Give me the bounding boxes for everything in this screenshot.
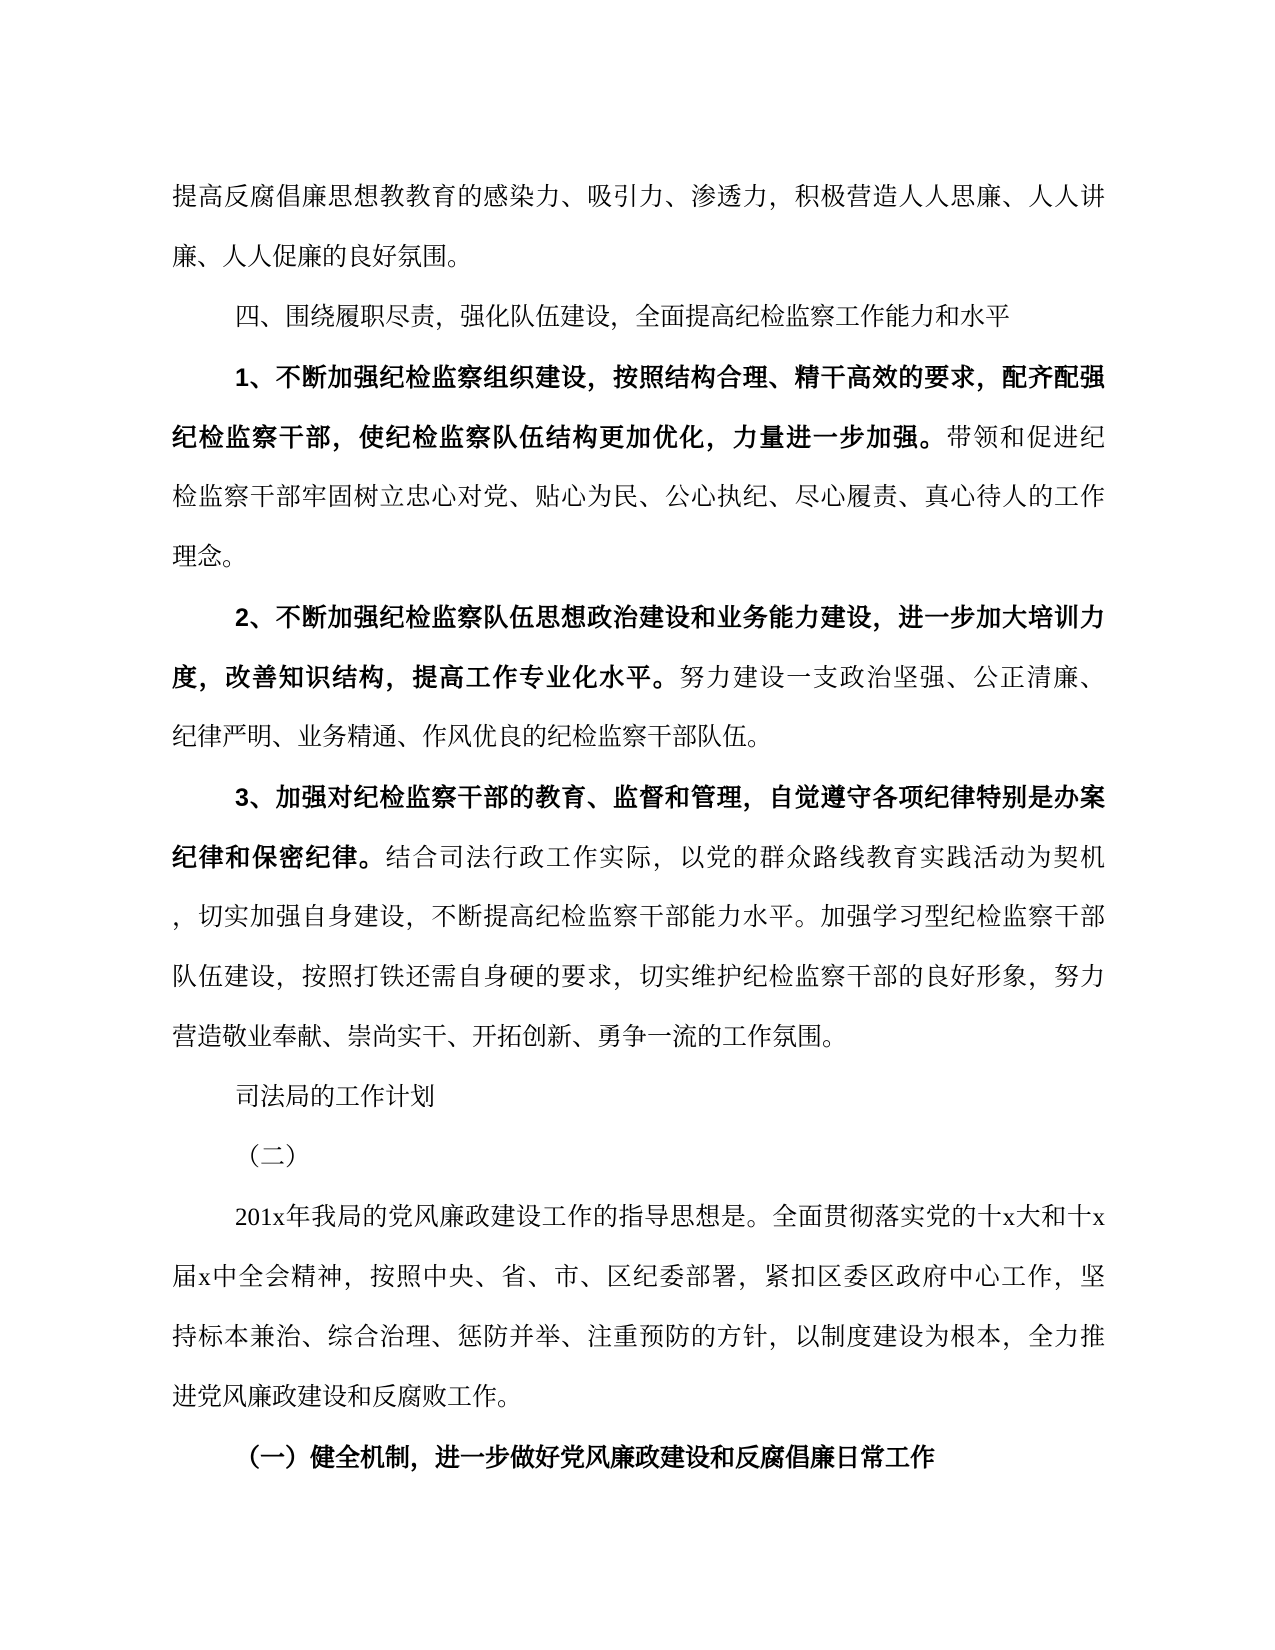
document-body: 提高反腐倡廉思想教教育的感染力、吸引力、渗透力，积极营造人人思廉、人人讲廉、人人… [0, 0, 1275, 1488]
bold-text-segment: 度，改善知识结构，提高工作专业化水平。 [172, 664, 679, 692]
text-segment: 营造敬业奉献、崇尚实干、开拓创新、勇争一流的工作氛围。 [172, 1024, 847, 1051]
text-line: 1、不断加强纪检监察组织建设，按照结构合理、精干高效的要求，配齐配强 [172, 348, 1105, 408]
text-segment: 四、围绕履职尽责，强化队伍建设，全面提高纪检监察工作能力和水平 [235, 304, 1010, 331]
text-segment: 持标本兼治、综合治理、惩防并举、注重预防的方针，以制度建设为根本，全力推 [172, 1324, 1105, 1351]
text-line: 司法局的工作计划 [172, 1068, 1105, 1128]
bold-text-segment: 1、不断加强纪检监察组织建设，按照结构合理、精干高效的要求，配齐配强 [235, 364, 1105, 392]
bold-text-segment: 3、加强对纪检监察干部的教育、监督和管理，自觉遵守各项纪律特别是办案 [235, 784, 1105, 812]
text-segment: 结合司法行政工作实际，以党的群众路线教育实践活动为契机 [386, 845, 1105, 872]
text-segment: ，切实加强自身建设，不断提高纪检监察干部能力水平。加强学习型纪检监察干部 [172, 904, 1105, 931]
bold-text-segment: 2、不断加强纪检监察队伍思想政治建设和业务能力建设，进一步加大培训力 [235, 604, 1105, 632]
text-segment: 努力建设一支政治坚强、公正清廉、 [679, 665, 1105, 692]
text-segment: 提高反腐倡廉思想教教育的感染力、吸引力、渗透力，积极营造人人思廉、人人讲 [172, 184, 1105, 211]
text-line: 廉、人人促廉的良好氛围。 [172, 228, 1105, 288]
text-line: 3、加强对纪检监察干部的教育、监督和管理，自觉遵守各项纪律特别是办案 [172, 768, 1105, 828]
text-segment: 带领和促进纪 [946, 425, 1105, 452]
text-segment: 理念。 [172, 544, 247, 571]
text-line: 纪律严明、业务精通、作风优良的纪检监察干部队伍。 [172, 708, 1105, 768]
text-line: 队伍建设，按照打铁还需自身硬的要求，切实维护纪检监察干部的良好形象，努力 [172, 948, 1105, 1008]
text-line: 进党风廉政建设和反腐败工作。 [172, 1368, 1105, 1428]
text-line: 届x中全会精神，按照中央、省、市、区纪委部署，紧扣区委区政府中心工作，坚 [172, 1248, 1105, 1308]
text-segment: 进党风廉政建设和反腐败工作。 [172, 1384, 522, 1411]
text-line: （一）健全机制，进一步做好党风廉政建设和反腐倡廉日常工作 [172, 1428, 1105, 1488]
text-line: 营造敬业奉献、崇尚实干、开拓创新、勇争一流的工作氛围。 [172, 1008, 1105, 1068]
text-segment: 检监察干部牢固树立忠心对党、贴心为民、公心执纪、尽心履责、真心待人的工作 [172, 484, 1105, 511]
text-line: 201x年我局的党风廉政建设工作的指导思想是。全面贯彻落实党的十x大和十x [172, 1188, 1105, 1248]
text-line: 理念。 [172, 528, 1105, 588]
bold-text-segment: （一）健全机制，进一步做好党风廉政建设和反腐倡廉日常工作 [235, 1444, 935, 1472]
text-line: 2、不断加强纪检监察队伍思想政治建设和业务能力建设，进一步加大培训力 [172, 588, 1105, 648]
text-line: ，切实加强自身建设，不断提高纪检监察干部能力水平。加强学习型纪检监察干部 [172, 888, 1105, 948]
text-segment: 司法局的工作计划 [235, 1084, 435, 1111]
text-segment: 廉、人人促廉的良好氛围。 [172, 244, 472, 271]
text-line: 四、围绕履职尽责，强化队伍建设，全面提高纪检监察工作能力和水平 [172, 288, 1105, 348]
text-line: 度，改善知识结构，提高工作专业化水平。努力建设一支政治坚强、公正清廉、 [172, 648, 1105, 708]
text-segment: 纪律严明、业务精通、作风优良的纪检监察干部队伍。 [172, 724, 772, 751]
text-line: 持标本兼治、综合治理、惩防并举、注重预防的方针，以制度建设为根本，全力推 [172, 1308, 1105, 1368]
bold-text-segment: 纪检监察干部，使纪检监察队伍结构更加优化，力量进一步加强。 [172, 424, 946, 452]
text-line: 纪律和保密纪律。结合司法行政工作实际，以党的群众路线教育实践活动为契机 [172, 828, 1105, 888]
text-line: 检监察干部牢固树立忠心对党、贴心为民、公心执纪、尽心履责、真心待人的工作 [172, 468, 1105, 528]
text-segment: 201x年我局的党风廉政建设工作的指导思想是。全面贯彻落实党的十x大和十x [235, 1204, 1105, 1231]
document-page: 提高反腐倡廉思想教教育的感染力、吸引力、渗透力，积极营造人人思廉、人人讲廉、人人… [0, 0, 1275, 1650]
text-line: 纪检监察干部，使纪检监察队伍结构更加优化，力量进一步加强。带领和促进纪 [172, 408, 1105, 468]
text-line: （二） [172, 1128, 1105, 1188]
text-segment: 届x中全会精神，按照中央、省、市、区纪委部署，紧扣区委区政府中心工作，坚 [172, 1264, 1105, 1291]
bold-text-segment: 纪律和保密纪律。 [172, 844, 386, 872]
text-line: 提高反腐倡廉思想教教育的感染力、吸引力、渗透力，积极营造人人思廉、人人讲 [172, 168, 1105, 228]
text-segment: 队伍建设，按照打铁还需自身硬的要求，切实维护纪检监察干部的良好形象，努力 [172, 964, 1105, 991]
text-segment: （二） [235, 1144, 310, 1171]
